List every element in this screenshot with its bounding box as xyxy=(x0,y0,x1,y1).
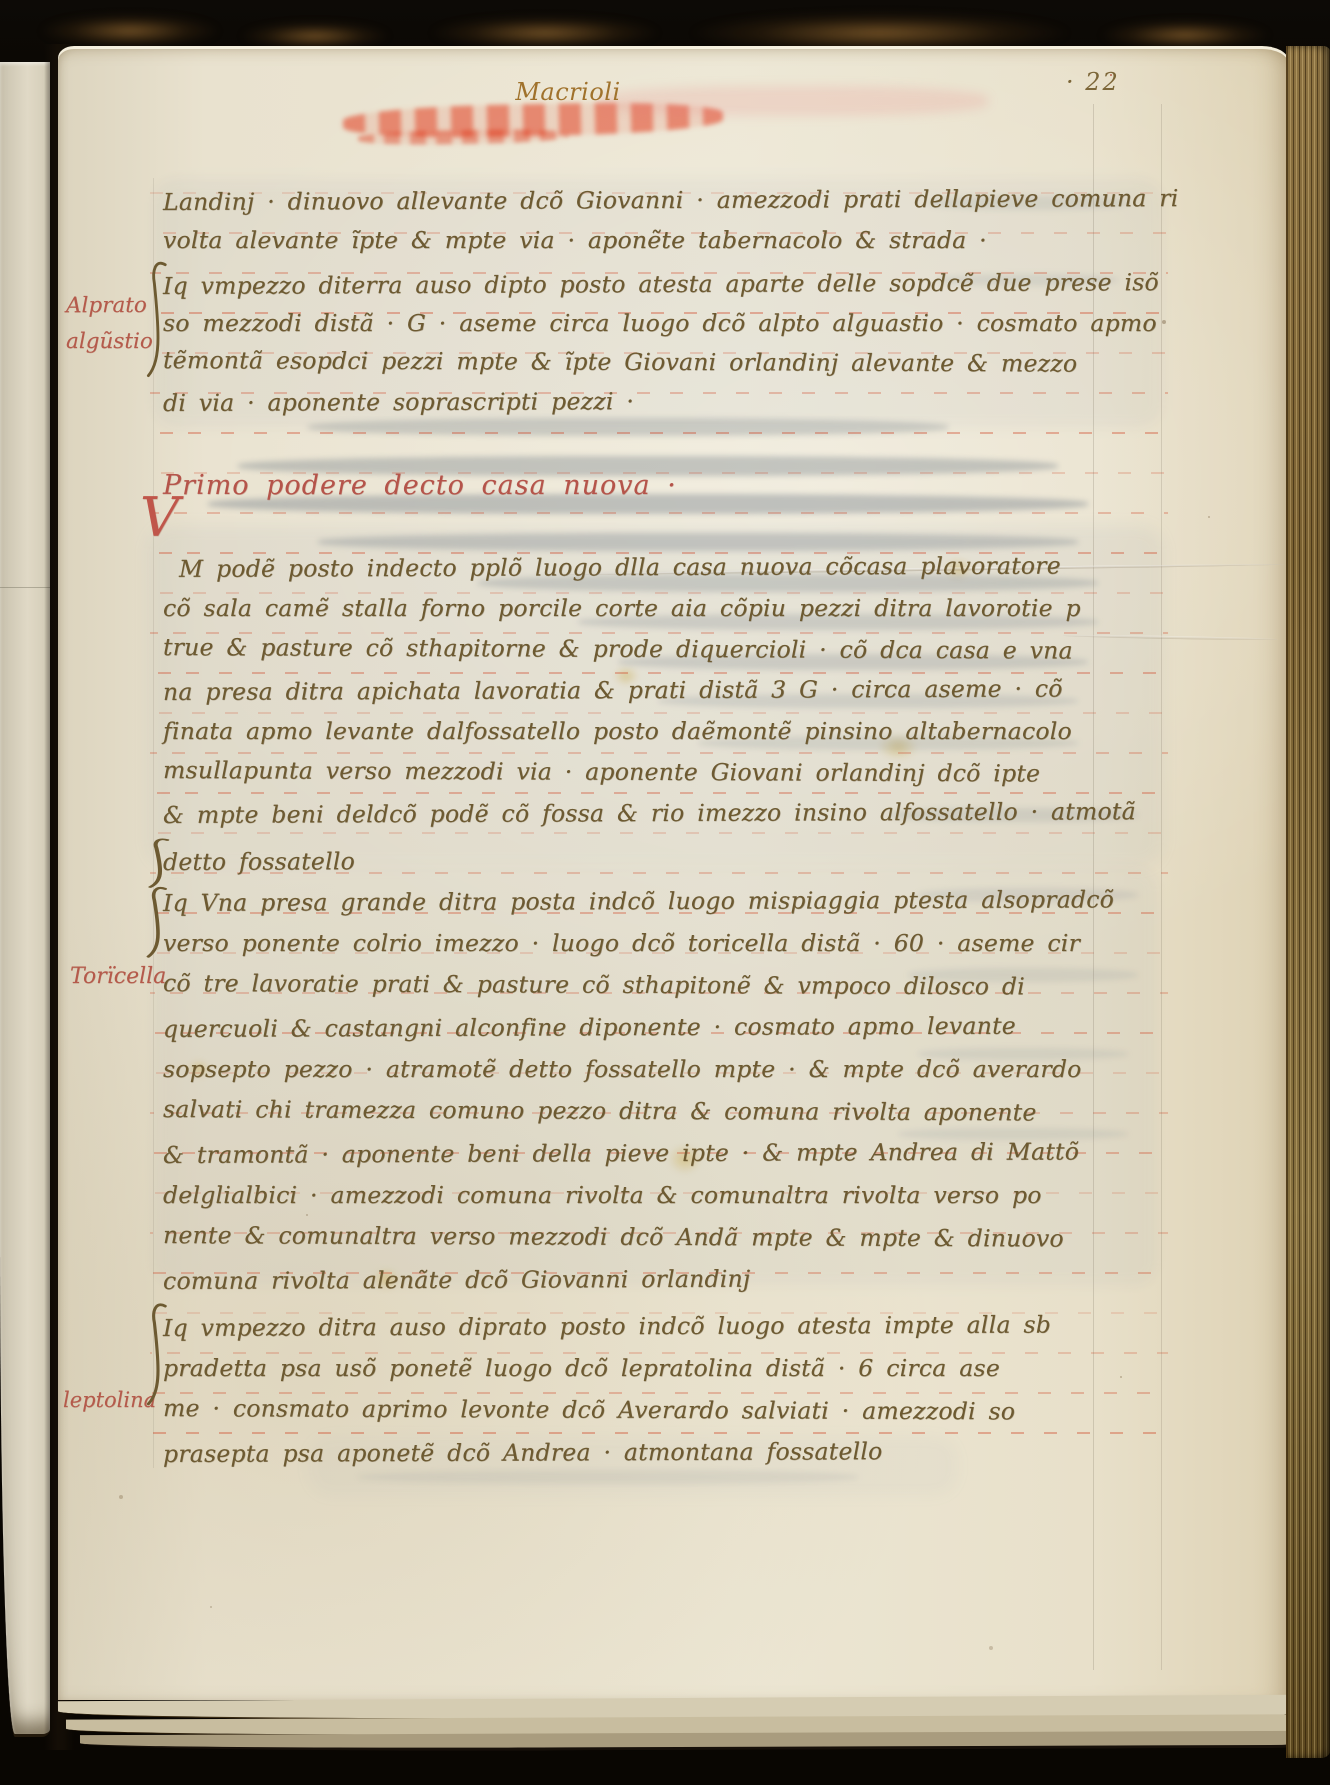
manuscript-line: so mezzodi distã · G · aseme circa luogo… xyxy=(163,304,1179,343)
text-block-leptolina: Iq vmpezzo ditra auso diprato posto indc… xyxy=(163,1305,1179,1473)
manuscript-line: Iq vmpezzo diterra auso dipto posto ates… xyxy=(163,263,1179,306)
manuscript-line: salvati chi tramezza comuno pezzo ditra … xyxy=(163,1088,1179,1134)
facing-page-ruling xyxy=(0,587,50,588)
manuscript-line: tẽmontã esopdci pezzi mpte & ĩpte Giovan… xyxy=(163,341,1179,384)
text-block-intro: Landinj · dinuovo allevante dcõ Giovanni… xyxy=(163,180,1179,260)
manuscript-line: Iq Vna presa grande ditra posta indcõ lu… xyxy=(163,878,1179,924)
manuscript-line: nente & comunaltra verso mezzodi dcõ And… xyxy=(163,1214,1179,1260)
section-heading: Primo podere decto casa nuova · xyxy=(163,470,677,501)
manuscript-line: finata apmo levante dalfossatello posto … xyxy=(163,711,1179,752)
manuscript-line: detto fossatello xyxy=(163,838,1179,882)
manuscript-line: na presa ditra apichata lavoratia & prat… xyxy=(163,668,1179,713)
manuscript-line: comuna rivolta alenãte dcõ Giovanni orla… xyxy=(163,1256,1179,1302)
foxing-spots xyxy=(58,46,60,48)
margin-note-leptolina: leptolina xyxy=(63,1388,156,1412)
manuscript-line: quercuoli & castangni alconfine diponent… xyxy=(163,1004,1179,1050)
manuscript-page: Macrioli · 22 Alpratoalgũstio Torïcella … xyxy=(58,46,1288,1700)
text-block-toricella: Iq Vna presa grande ditra posta indcõ lu… xyxy=(163,880,1179,1300)
manuscript-line: & tramontã · aponente beni della pieve i… xyxy=(163,1130,1179,1176)
initial-v: V xyxy=(140,486,179,549)
manuscript-line: Landinj · dinuovo allevante dcõ Giovanni… xyxy=(163,178,1179,222)
headband-fuzz xyxy=(40,14,220,48)
manuscript-line: sopsepto pezzo · atramotẽ detto fossatel… xyxy=(163,1048,1179,1090)
manuscript-line: prasepta psa aponetẽ dcõ Andrea · atmont… xyxy=(163,1429,1179,1475)
scan-background: Macrioli · 22 Alpratoalgũstio Torïcella … xyxy=(0,0,1330,1785)
text-block-fossatello: detto fossatello xyxy=(163,840,1179,880)
manuscript-line: true & pasture cõ sthapitorne & prode di… xyxy=(163,627,1179,672)
manuscript-line: verso ponente colrio imezzo · luogo dcõ … xyxy=(163,922,1179,964)
page-edge-strip xyxy=(80,1731,1294,1752)
headband-fuzz xyxy=(430,16,660,50)
manuscript-line: msullapunta verso mezzodi via · aponente… xyxy=(163,750,1179,795)
text-block-alprato: Iq vmpezzo diterra auso dipto posto ates… xyxy=(163,265,1179,421)
manuscript-line: Iq vmpezzo ditra auso diprato posto indc… xyxy=(163,1303,1179,1349)
manuscript-line: & mpte beni deldcõ podẽ cõ fossa & rio i… xyxy=(163,791,1179,836)
manuscript-line: di via · aponente soprascripti pezzi · xyxy=(163,380,1179,423)
folio-number: · 22 xyxy=(1066,68,1120,96)
red-ruling-line xyxy=(150,512,1168,514)
manuscript-line: pradetta psa usõ ponetẽ luogo dcõ leprat… xyxy=(163,1347,1179,1389)
fore-edge xyxy=(1286,46,1330,1758)
red-ruling-line xyxy=(150,432,1168,434)
manuscript-line: delglialbici · amezzodi comuna rivolta &… xyxy=(163,1174,1179,1216)
manuscript-line: volta alevante ĩpte & mpte via · aponẽte… xyxy=(163,220,1179,260)
manuscript-line: cõ tre lavoratie prati & pasture cõ stha… xyxy=(163,962,1179,1008)
manuscript-line: me · consmato aprimo levonte dcõ Averard… xyxy=(163,1387,1179,1433)
margin-note-toricella: Torïcella xyxy=(70,964,166,989)
text-block-podere: M podẽ posto indecto pplõ luogo dlla cas… xyxy=(163,547,1179,834)
manuscript-line: cõ sala camẽ stalla forno porcile corte … xyxy=(163,588,1179,629)
manuscript-line: M podẽ posto indecto pplõ luogo dlla cas… xyxy=(163,545,1179,590)
facing-page-edge xyxy=(0,62,50,1737)
running-title: Macrioli xyxy=(463,78,673,106)
